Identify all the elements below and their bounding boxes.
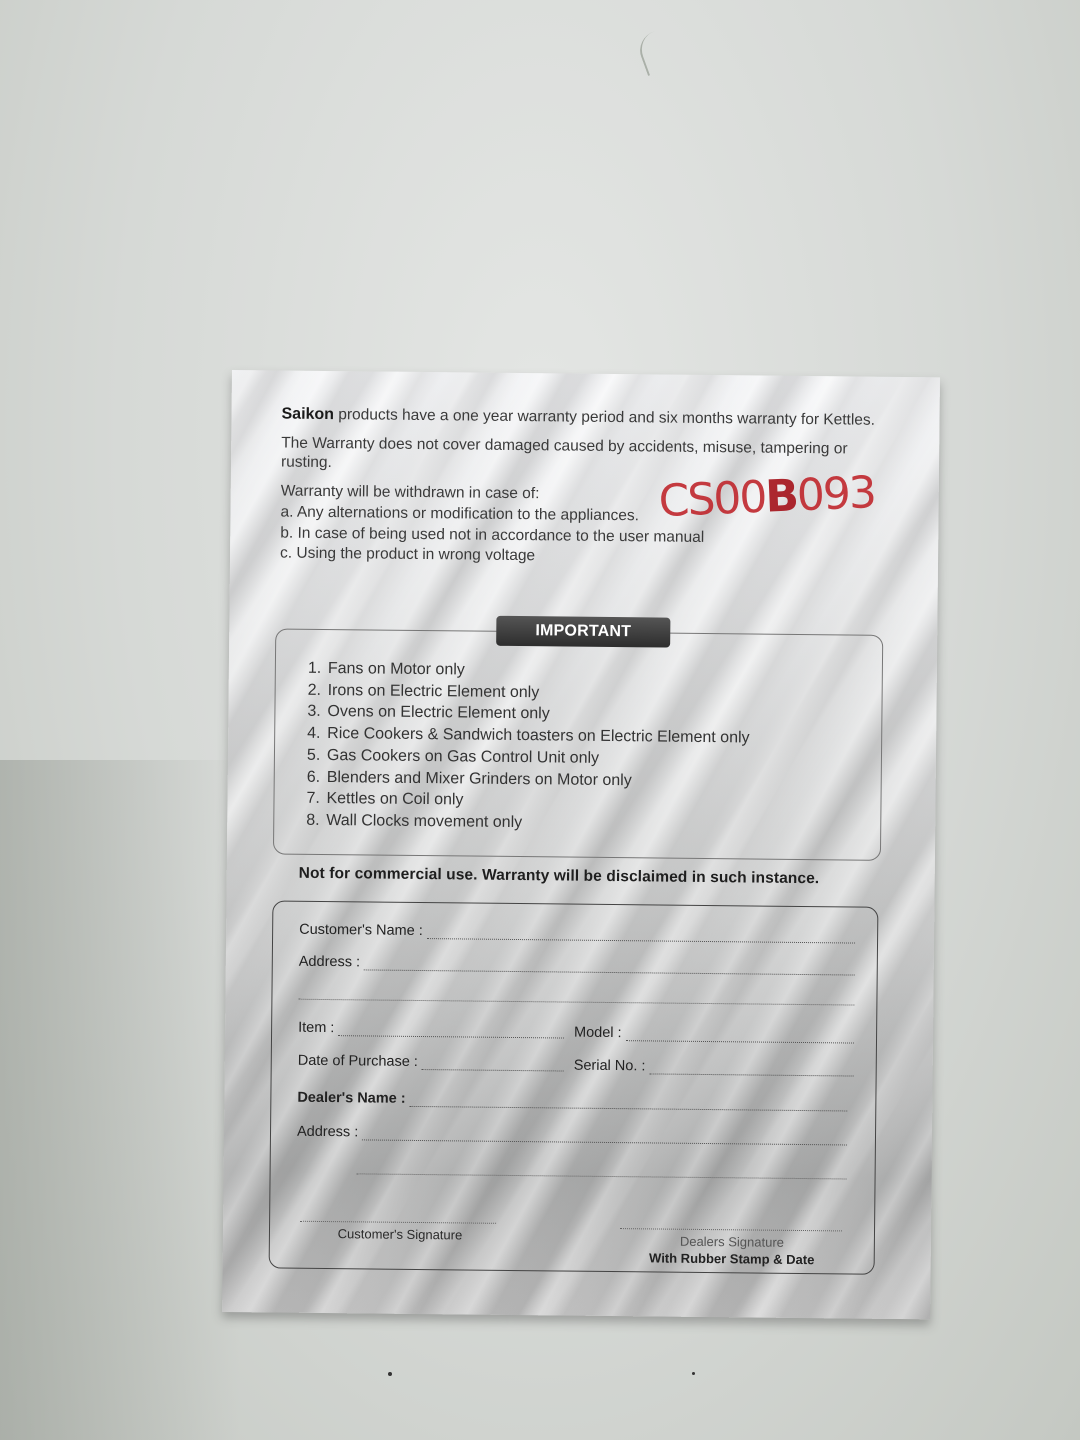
item-field[interactable]: Item :	[298, 1020, 564, 1039]
customer-name-line[interactable]	[427, 926, 855, 943]
model-field[interactable]: Model :	[574, 1025, 854, 1044]
surface-speck	[692, 1372, 695, 1375]
model-line[interactable]	[626, 1028, 855, 1043]
dealer-signature-line[interactable]	[620, 1227, 842, 1231]
commercial-use-notice: Not for commercial use. Warranty will be…	[299, 865, 820, 888]
date-of-purchase-line[interactable]	[422, 1057, 564, 1071]
background-shadow	[0, 760, 240, 1440]
dealer-address-line[interactable]	[362, 1127, 847, 1145]
customer-signature-label: Customer's Signature	[310, 1226, 490, 1243]
customer-signature-line[interactable]	[300, 1220, 496, 1224]
handwritten-code: CS00B093	[658, 467, 876, 527]
dealer-signature-sublabel: With Rubber Stamp & Date	[630, 1250, 834, 1267]
dealer-signature-label: Dealers Signature	[630, 1233, 834, 1250]
important-item: 8.Wall Clocks movement only	[306, 810, 749, 836]
serial-number-field[interactable]: Serial No. :	[574, 1058, 854, 1077]
brand-name: Saikon	[281, 406, 334, 424]
dealer-name-field[interactable]: Dealer's Name :	[297, 1090, 847, 1112]
item-line[interactable]	[338, 1023, 564, 1038]
important-section: IMPORTANT 1.Fans on Motor only 2.Irons o…	[273, 628, 883, 860]
warranty-form: Customer's Name : Address : Item : Model…	[269, 900, 879, 1274]
date-of-purchase-field[interactable]: Date of Purchase :	[298, 1053, 564, 1072]
dealer-address-line-2[interactable]	[357, 1172, 847, 1179]
surface-speck	[388, 1372, 392, 1376]
customer-address-field[interactable]: Address :	[299, 954, 855, 976]
warranty-period-text: Saikon products have a one year warranty…	[281, 405, 891, 430]
important-list: 1.Fans on Motor only 2.Irons on Electric…	[306, 658, 750, 836]
warranty-card: Saikon products have a one year warranty…	[222, 370, 940, 1319]
customer-name-field[interactable]: Customer's Name :	[299, 922, 855, 944]
surface-mark	[634, 24, 687, 76]
dealer-address-field[interactable]: Address :	[297, 1124, 847, 1146]
customer-address-line-2[interactable]	[298, 998, 854, 1006]
serial-number-line[interactable]	[649, 1061, 853, 1076]
dealer-name-line[interactable]	[410, 1094, 848, 1112]
customer-address-line[interactable]	[364, 957, 855, 975]
important-badge: IMPORTANT	[496, 616, 670, 648]
